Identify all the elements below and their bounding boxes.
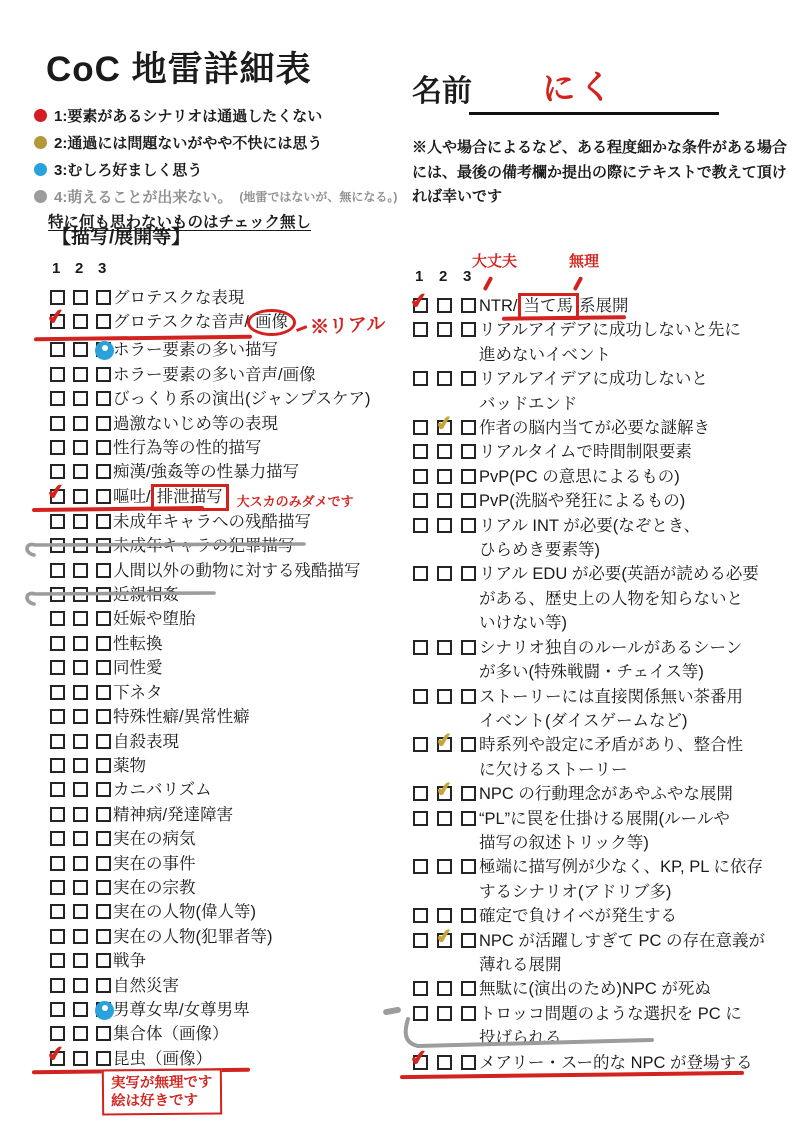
checkbox-1[interactable] — [50, 587, 65, 602]
item-label: 実在の人物(犯罪者等) — [113, 925, 273, 949]
checkbox-3[interactable] — [96, 391, 111, 406]
checkbox-3[interactable] — [461, 981, 476, 996]
checkbox-1[interactable] — [50, 464, 65, 479]
checkbox-3[interactable] — [461, 859, 476, 874]
checkbox-2[interactable] — [437, 371, 452, 386]
circled-word: 画像 — [247, 309, 296, 336]
checkbox-1[interactable] — [50, 807, 65, 822]
item-label: 極端に描写例が少なく、KP, PL に依存 するシナリオ(アドリブ多) — [479, 855, 763, 904]
checkbox-group — [50, 534, 111, 553]
checklist-row: 極端に描写例が少なく、KP, PL に依存 するシナリオ(アドリブ多) — [404, 855, 800, 904]
checklist-row: 特殊性癖/異常性癖 — [40, 705, 406, 729]
checkbox-1[interactable] — [413, 786, 428, 801]
checkbox-3[interactable] — [96, 636, 111, 651]
checkbox-group — [50, 925, 111, 944]
checklist-row: 痴漢/強姦等の性暴力描写 — [40, 460, 406, 484]
item-label: 下ネタ — [113, 681, 163, 705]
checkbox-3[interactable] — [96, 314, 111, 329]
checkbox-1[interactable] — [50, 978, 65, 993]
item-label: リアル INT が必要(なぞとき、 ひらめき要素等) — [479, 514, 700, 563]
item-label: NPC が活躍しすぎて PC の存在意義が 薄れる展開 — [479, 929, 765, 978]
checklist-row: 近親相姦 — [40, 583, 406, 607]
checkbox-2[interactable] — [73, 489, 88, 504]
checkbox-1[interactable] — [50, 538, 65, 553]
checkbox-2[interactable] — [437, 444, 452, 459]
checkbox-group — [50, 412, 111, 431]
checkbox-1[interactable] — [50, 880, 65, 895]
checkbox-3[interactable] — [96, 831, 111, 846]
checklist-row: ✔作者の脳内当てが必要な謎解き — [404, 416, 800, 440]
checkbox-1[interactable] — [413, 811, 428, 826]
checklist-row: ✔嘔吐/排泄描写大スカのみダメです — [40, 485, 406, 510]
checkbox-1[interactable] — [50, 904, 65, 919]
checkbox-1[interactable] — [413, 859, 428, 874]
legend-item: 1:要素があるシナリオは通過したくない — [34, 102, 397, 129]
checkbox-group — [413, 855, 476, 874]
checkbox-1[interactable] — [50, 514, 65, 529]
checkbox-1[interactable] — [413, 518, 428, 533]
checkbox-2[interactable] — [73, 391, 88, 406]
checkbox-1[interactable] — [50, 685, 65, 700]
yellow-check-mark: ✔ — [435, 779, 454, 801]
checkbox-3[interactable] — [96, 1002, 111, 1017]
checkbox-3[interactable] — [461, 786, 476, 801]
checkbox-1[interactable] — [50, 416, 65, 431]
checklist-row: グロテスクな表現 — [40, 286, 406, 310]
checkbox-group — [50, 949, 111, 968]
legend-text: 4:萌えることが出来ない。 — [54, 186, 232, 207]
item-label: トロッコ問題のような選択を PC に 投げられる — [479, 1002, 742, 1051]
checkbox-1[interactable] — [413, 1006, 428, 1021]
checkbox-1[interactable] — [50, 660, 65, 675]
checkbox-2[interactable] — [73, 1002, 88, 1017]
red-check-mark: ✔ — [46, 481, 66, 504]
checkbox-3[interactable] — [96, 856, 111, 871]
checkbox-group — [50, 583, 111, 602]
checkbox-3[interactable] — [96, 1026, 111, 1041]
item-label: 実在の病気 — [113, 827, 196, 851]
checkbox-3[interactable] — [461, 420, 476, 435]
checklist-row: びっくり系の演出(ジャンプスケア) — [40, 387, 406, 411]
checkbox-2[interactable] — [73, 611, 88, 626]
item-label: 性転換 — [113, 632, 163, 656]
checklist-row: ✔グロテスクな音声/画像※リアル — [40, 310, 406, 338]
checkbox-group — [50, 681, 111, 700]
checkbox-group — [413, 807, 476, 826]
checklist-row: 実在の病気 — [40, 827, 406, 851]
item-label: リアル EDU が必要(英語が読める必要 がある、歴史上の人物を知らないと いけ… — [479, 562, 759, 635]
checkbox-2[interactable] — [73, 587, 88, 602]
checkbox-1[interactable] — [413, 737, 428, 752]
checklist-row: リアルタイムで時間制限要素 — [404, 440, 800, 464]
column-header-digit: 1 — [415, 268, 439, 294]
name-block: 名前 にく ※人や場合によるなど、ある程度細かな条件がある場合には、最後の備考欄… — [412, 66, 794, 210]
checkbox-3[interactable] — [96, 1051, 111, 1066]
checkbox-2[interactable] — [73, 464, 88, 479]
checkbox-2[interactable] — [73, 904, 88, 919]
checklist-row: ✔昆虫（画像）実写が無理です絵は好きです — [40, 1047, 406, 1071]
checkbox-3[interactable] — [96, 880, 111, 895]
column-header-digit: 3 — [98, 260, 121, 286]
column-header-digit: 1 — [52, 260, 75, 286]
item-label: 同性愛 — [113, 656, 163, 680]
checkbox-1[interactable] — [50, 709, 65, 724]
checkbox-group — [50, 460, 111, 479]
checkbox-3[interactable] — [461, 298, 476, 313]
checkbox-1[interactable] — [50, 611, 65, 626]
checkbox-2[interactable] — [73, 758, 88, 773]
checkbox-3[interactable] — [461, 493, 476, 508]
checkbox-1[interactable] — [50, 440, 65, 455]
checkbox-3[interactable] — [461, 737, 476, 752]
checkbox-1[interactable] — [413, 981, 428, 996]
checkbox-1[interactable]: ✔ — [413, 298, 428, 313]
item-label: 時系列や設定に矛盾があり、整合性 に欠けるストーリー — [479, 733, 743, 782]
checkbox-3[interactable] — [96, 660, 111, 675]
checkbox-2[interactable] — [73, 660, 88, 675]
checkbox-2[interactable] — [73, 929, 88, 944]
legend: 1:要素があるシナリオは通過したくない2:通過には問題ないがやや不快には思う3:… — [34, 102, 397, 237]
checkbox-3[interactable] — [96, 709, 111, 724]
checkbox-2[interactable]: ✔ — [437, 737, 452, 752]
checkbox-1[interactable] — [50, 1002, 65, 1017]
checkbox-3[interactable] — [96, 416, 111, 431]
checklist-row: 実在の事件 — [40, 852, 406, 876]
name-input-line[interactable] — [469, 112, 719, 115]
checkbox-1[interactable] — [413, 689, 428, 704]
item-label: グロテスクな音声/画像 — [113, 310, 294, 334]
checklist-row: ✔NPC の行動理念があやふやな展開 — [404, 782, 800, 806]
checkbox-2[interactable] — [73, 953, 88, 968]
red-check-mark: ✔ — [46, 306, 66, 329]
checkbox-1[interactable] — [413, 640, 428, 655]
checkbox-group — [413, 440, 476, 459]
checkbox-2[interactable] — [437, 859, 452, 874]
checkbox-1[interactable] — [50, 391, 65, 406]
checkbox-3[interactable] — [461, 933, 476, 948]
checkbox-3[interactable] — [461, 371, 476, 386]
checklist-row: 確定で負けイベが発生する — [404, 904, 800, 928]
checklist-row: ✔NTR/当て馬系展開 — [404, 294, 800, 318]
checkbox-2[interactable] — [437, 1006, 452, 1021]
checkbox-group — [50, 387, 111, 406]
checkbox-2[interactable] — [437, 1055, 452, 1070]
checklist-row: リアルアイデアに成功しないと先に 進めないイベント — [404, 318, 800, 367]
checkbox-2[interactable] — [73, 314, 88, 329]
legend-text: 1:要素があるシナリオは通過したくない — [54, 105, 322, 126]
checkbox-2[interactable] — [73, 416, 88, 431]
checkbox-3[interactable] — [96, 489, 111, 504]
checklist-row: 未成年キャラの犯罪描写 — [40, 534, 406, 558]
checkbox-2[interactable] — [437, 908, 452, 923]
checkbox-2[interactable]: ✔ — [437, 786, 452, 801]
checkbox-3[interactable] — [461, 566, 476, 581]
note-line: 絵は好きです — [111, 1091, 213, 1110]
checkbox-3[interactable] — [96, 514, 111, 529]
checkbox-1[interactable] — [50, 856, 65, 871]
checklist-row: シナリオ独自のルールがあるシーン が多い(特殊戦闘・チェイス等) — [404, 636, 800, 685]
checkbox-group — [413, 904, 476, 923]
checkbox-3[interactable] — [461, 689, 476, 704]
checklist-row: 男尊女卑/女尊男卑 — [40, 998, 406, 1022]
name-label: 名前 — [412, 75, 472, 108]
checkbox-3[interactable] — [96, 587, 111, 602]
checkbox-group: ✔ — [413, 733, 476, 752]
checklist-row: 下ネタ — [40, 681, 406, 705]
item-label: NPC の行動理念があやふやな展開 — [479, 782, 733, 806]
legend-dot-icon — [34, 163, 47, 176]
checkbox-2[interactable] — [73, 685, 88, 700]
red-check-mark: ✔ — [409, 290, 429, 313]
checkbox-3[interactable] — [96, 685, 111, 700]
checkbox-2[interactable] — [73, 440, 88, 455]
checkbox-1[interactable] — [413, 908, 428, 923]
item-label: 無駄に(演出のため)NPC が死ぬ — [479, 977, 711, 1001]
checkbox-3[interactable] — [96, 290, 111, 305]
legend-item: 4:萌えることが出来ない。(地雷ではないが、無になる。) — [34, 183, 397, 210]
item-label: 未成年キャラの犯罪描写 — [113, 534, 295, 558]
item-label: シナリオ独自のルールがあるシーン が多い(特殊戦闘・チェイス等) — [479, 636, 742, 685]
item-label: 戦争 — [113, 949, 146, 973]
checkbox-2[interactable] — [437, 981, 452, 996]
checkbox-group — [50, 338, 111, 357]
checkbox-group — [50, 363, 111, 382]
checkbox-1[interactable]: ✔ — [50, 1051, 65, 1066]
checkbox-2[interactable] — [73, 342, 88, 357]
checkbox-3[interactable] — [461, 640, 476, 655]
checkbox-2[interactable] — [73, 807, 88, 822]
label-segment: NTR/ — [479, 297, 518, 315]
checkbox-2[interactable] — [73, 978, 88, 993]
checkbox-2[interactable] — [73, 290, 88, 305]
checkbox-group — [413, 685, 476, 704]
checklist-right: ✔NTR/当て馬系展開リアルアイデアに成功しないと先に 進めないイベントリアルア… — [404, 294, 800, 1075]
checkbox-3[interactable] — [96, 904, 111, 919]
checkbox-1[interactable] — [50, 953, 65, 968]
handwritten-note: 大スカのみダメです — [237, 485, 354, 510]
yellow-check-mark: ✔ — [435, 730, 454, 752]
checkbox-group — [50, 607, 111, 626]
checkbox-2[interactable] — [73, 538, 88, 553]
item-label: “PL”に罠を仕掛ける展開(ルールや 描写の叙述トリック等) — [479, 807, 730, 856]
checklist-row: ✔メアリー・スー的な NPC が登場する — [404, 1051, 800, 1075]
checkbox-2[interactable] — [437, 689, 452, 704]
checkbox-group: ✔ — [413, 929, 476, 948]
checkbox-3[interactable] — [96, 611, 111, 626]
legend-dot-icon — [34, 190, 47, 203]
item-label: リアルアイデアに成功しないと バッドエンド — [479, 367, 708, 416]
checklist-row: 精神病/発達障害 — [40, 803, 406, 827]
checkbox-1[interactable] — [413, 469, 428, 484]
checklist-row: リアル INT が必要(なぞとき、 ひらめき要素等) — [404, 514, 800, 563]
checkbox-3[interactable] — [96, 440, 111, 455]
checkbox-2[interactable] — [73, 709, 88, 724]
item-label: 精神病/発達障害 — [113, 803, 233, 827]
checkbox-1[interactable] — [50, 734, 65, 749]
checkbox-1[interactable] — [50, 290, 65, 305]
checkbox-1[interactable] — [413, 420, 428, 435]
checklist-row: 過激ないじめ等の表現 — [40, 412, 406, 436]
item-label: 実在の事件 — [113, 852, 196, 876]
checkbox-3[interactable] — [96, 807, 111, 822]
checkbox-2[interactable] — [73, 880, 88, 895]
item-label: びっくり系の演出(ジャンプスケア) — [113, 387, 371, 411]
checkbox-1[interactable] — [50, 929, 65, 944]
checkbox-2[interactable] — [437, 811, 452, 826]
checkbox-group — [413, 318, 476, 337]
checkbox-2[interactable] — [437, 298, 452, 313]
checklist-row: 薬物 — [40, 754, 406, 778]
checkbox-2[interactable] — [437, 493, 452, 508]
item-label: 特殊性癖/異常性癖 — [113, 705, 250, 729]
checkbox-2[interactable] — [73, 1051, 88, 1066]
checklist-row: リアル EDU が必要(英語が読める必要 がある、歴史上の人物を知らないと いけ… — [404, 562, 800, 635]
item-label: ストーリーには直接関係無い茶番用 イベント(ダイスゲームなど) — [479, 685, 743, 734]
column-right: 大丈夫 無理 123 ✔NTR/当て馬系展開リアルアイデアに成功しないと先に 進… — [404, 268, 800, 1075]
checkbox-group — [50, 754, 111, 773]
checkbox-2[interactable] — [437, 518, 452, 533]
checkbox-3[interactable] — [96, 464, 111, 479]
yellow-check-mark: ✔ — [435, 413, 454, 435]
checkbox-1[interactable] — [413, 566, 428, 581]
checkbox-1[interactable] — [50, 831, 65, 846]
checkbox-3[interactable] — [96, 367, 111, 382]
checkbox-3[interactable] — [461, 322, 476, 337]
page-title: CoC 地雷詳細表 — [46, 42, 312, 92]
item-label: 近親相姦 — [113, 583, 179, 607]
item-label: 実在の人物(偉人等) — [113, 900, 256, 924]
checkbox-1[interactable] — [50, 367, 65, 382]
handwritten-note-box: 実写が無理です絵は好きです — [102, 1068, 222, 1115]
checklist-row: カニバリズム — [40, 778, 406, 802]
checkbox-group — [50, 510, 111, 529]
checkbox-group — [50, 974, 111, 993]
red-check-mark: ✔ — [409, 1046, 429, 1069]
checkbox-2[interactable] — [73, 514, 88, 529]
checkbox-2[interactable] — [437, 322, 452, 337]
legend-item: 3:むしろ好ましく思う — [34, 156, 397, 183]
blue-circle-mark — [95, 341, 114, 360]
checkbox-2[interactable] — [73, 782, 88, 797]
checkbox-1[interactable]: ✔ — [413, 1055, 428, 1070]
checkbox-2[interactable] — [73, 734, 88, 749]
checkbox-group — [413, 514, 476, 533]
checkbox-2[interactable] — [73, 636, 88, 651]
checkbox-3[interactable] — [96, 734, 111, 749]
checkbox-1[interactable] — [50, 1026, 65, 1041]
checklist-row: 人間以外の動物に対する残酷描写 — [40, 559, 406, 583]
checkbox-3[interactable] — [96, 782, 111, 797]
checkbox-1[interactable] — [50, 342, 65, 357]
checkbox-1[interactable] — [413, 322, 428, 337]
item-label: 未成年キャラへの残酷描写 — [113, 510, 311, 534]
checkbox-3[interactable] — [96, 953, 111, 968]
checklist-row: 集合体（画像） — [40, 1022, 406, 1046]
checkbox-3[interactable] — [96, 538, 111, 553]
checkbox-3[interactable] — [461, 469, 476, 484]
item-label: 妊娠や堕胎 — [113, 607, 196, 631]
name-handwritten-value: にく — [541, 61, 617, 111]
checkbox-1[interactable]: ✔ — [50, 314, 65, 329]
item-label: 作者の脳内当てが必要な謎解き — [479, 416, 710, 440]
checkbox-group — [413, 367, 476, 386]
checklist-row: 同性愛 — [40, 656, 406, 680]
checkbox-group — [50, 705, 111, 724]
checkbox-1[interactable] — [413, 493, 428, 508]
checkbox-3[interactable] — [96, 563, 111, 578]
yellow-check-mark: ✔ — [435, 925, 454, 947]
checklist-row: PvP(洗脳や発狂によるもの) — [404, 489, 800, 513]
checkbox-2[interactable] — [73, 831, 88, 846]
label-segment: グロテスクな音声/ — [113, 313, 249, 331]
checkbox-group: ✔ — [413, 294, 476, 313]
checkbox-3[interactable] — [461, 1006, 476, 1021]
handwritten-note: ※リアル — [295, 308, 386, 341]
checkbox-1[interactable] — [50, 563, 65, 578]
checkbox-group — [50, 632, 111, 651]
checklist-row: “PL”に罠を仕掛ける展開(ルールや 描写の叙述トリック等) — [404, 807, 800, 856]
item-label: 自然災害 — [113, 974, 179, 998]
checkbox-3[interactable] — [461, 444, 476, 459]
checklist-row: 無駄に(演出のため)NPC が死ぬ — [404, 977, 800, 1001]
checkbox-1[interactable] — [413, 371, 428, 386]
item-label: 集合体（画像） — [113, 1022, 229, 1046]
checkbox-1[interactable] — [413, 933, 428, 948]
item-label: 実在の宗教 — [113, 876, 196, 900]
item-label: PvP(PC の意思によるもの) — [479, 465, 680, 489]
checkbox-group — [413, 562, 476, 581]
checklist-row: 実在の宗教 — [40, 876, 406, 900]
checkbox-3[interactable] — [461, 518, 476, 533]
checkbox-2[interactable]: ✔ — [437, 933, 452, 948]
checkbox-2[interactable] — [73, 367, 88, 382]
checkbox-1[interactable] — [50, 636, 65, 651]
checkbox-3[interactable] — [461, 908, 476, 923]
item-label: 薬物 — [113, 754, 146, 778]
checkbox-2[interactable] — [73, 1026, 88, 1041]
checkbox-2[interactable] — [73, 563, 88, 578]
checkbox-3[interactable] — [96, 342, 111, 357]
checkbox-1[interactable]: ✔ — [50, 489, 65, 504]
checklist-row: 戦争 — [40, 949, 406, 973]
checklist-row: 自然災害 — [40, 974, 406, 998]
checkbox-1[interactable] — [413, 444, 428, 459]
checkbox-group — [50, 803, 111, 822]
checkbox-3[interactable] — [461, 1055, 476, 1070]
checkbox-2[interactable] — [437, 566, 452, 581]
checkbox-group — [50, 286, 111, 305]
item-label: 性行為等の性的描写 — [113, 436, 262, 460]
checklist-row: 妊娠や堕胎 — [40, 607, 406, 631]
checklist-row: ✔時系列や設定に矛盾があり、整合性 に欠けるストーリー — [404, 733, 800, 782]
checkbox-2[interactable] — [437, 469, 452, 484]
checkbox-2[interactable] — [437, 640, 452, 655]
checkbox-3[interactable] — [96, 758, 111, 773]
form-note: ※人や場合によるなど、ある程度細かな条件がある場合には、最後の備考欄か提出の際に… — [412, 136, 794, 210]
checkbox-3[interactable] — [96, 929, 111, 944]
checkbox-group — [50, 827, 111, 846]
checkbox-3[interactable] — [96, 978, 111, 993]
checkbox-3[interactable] — [461, 811, 476, 826]
checklist-row: 性行為等の性的描写 — [40, 436, 406, 460]
section-title: 【描写/展開等】 — [52, 222, 190, 249]
note-line: 実写が無理です — [111, 1073, 213, 1092]
checkbox-2[interactable]: ✔ — [437, 420, 452, 435]
checkbox-1[interactable] — [50, 782, 65, 797]
checkbox-1[interactable] — [50, 758, 65, 773]
checkbox-2[interactable] — [73, 856, 88, 871]
item-label: 人間以外の動物に対する残酷描写 — [113, 559, 361, 583]
